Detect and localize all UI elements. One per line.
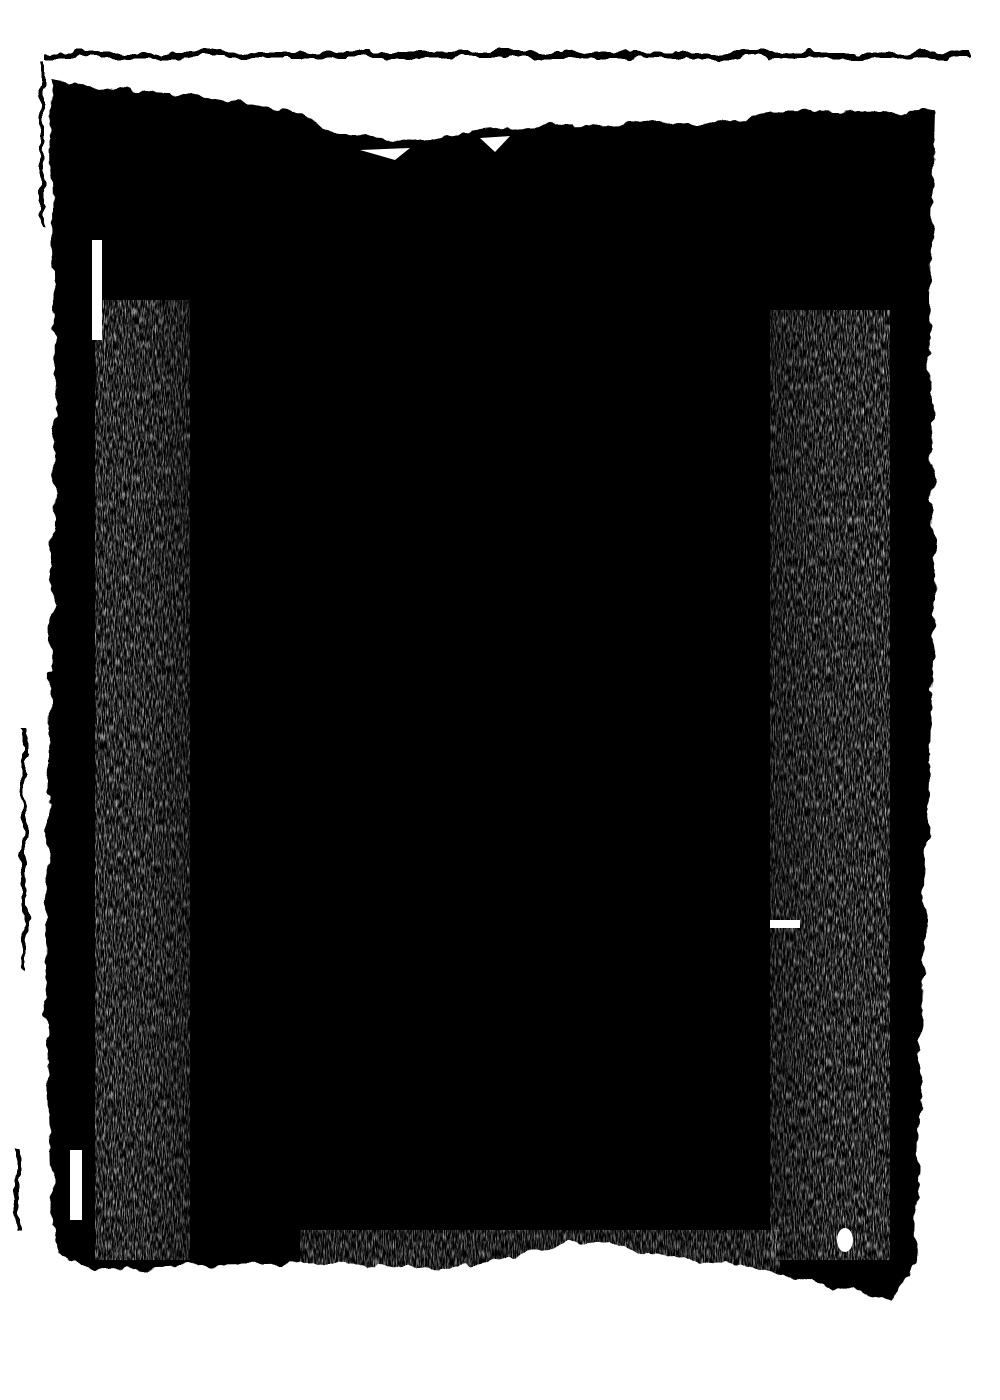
grunge-frame-artwork (0, 0, 1000, 1400)
texture-bottom (300, 1230, 780, 1290)
texture-left (95, 300, 190, 1260)
texture-right (770, 310, 890, 1260)
